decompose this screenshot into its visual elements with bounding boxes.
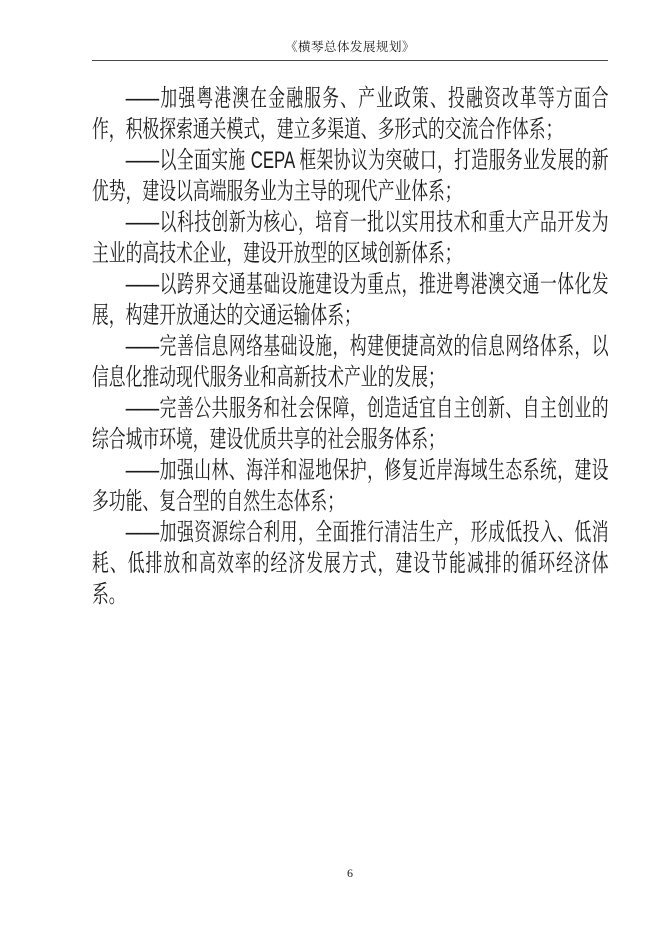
document-body: ——加强粤港澳在金融服务、产业政策、投融资改革等方面合作，积极探索通关模式，建立… [92,83,609,610]
paragraph: ——加强山林、海洋和湿地保护，修复近岸海域生态系统，建设多功能、复合型的自然生态… [92,455,609,517]
paragraph: ——完善信息网络基础设施，构建便捷高效的信息网络体系，以信息化推动现代服务业和高… [92,331,609,393]
header-divider [92,60,608,61]
paragraph: ——加强粤港澳在金融服务、产业政策、投融资改革等方面合作，积极探索通关模式，建立… [92,83,609,145]
paragraph: ——以全面实施 CEPA 框架协议为突破口，打造服务业发展的新优势，建设以高端服… [92,145,609,207]
paragraph: ——以跨界交通基础设施建设为重点，推进粤港澳交通一体化发展，构建开放通达的交通运… [92,269,609,331]
paragraph: ——以科技创新为核心，培育一批以实用技术和重大产品开发为主业的高技术企业，建设开… [92,207,609,269]
paragraph: ——完善公共服务和社会保障，创造适宜自主创新、自主创业的综合城市环境，建设优质共… [92,393,609,455]
document-page: 《横琴总体发展规划》 ——加强粤港澳在金融服务、产业政策、投融资改革等方面合作，… [0,0,661,935]
paragraph: ——加强资源综合利用，全面推行清洁生产，形成低投入、低消耗、低排放和高效率的经济… [92,517,609,610]
page-header-title: 《横琴总体发展规划》 [92,40,608,54]
page-number: 6 [347,866,353,880]
page-footer: 6 [92,866,608,881]
